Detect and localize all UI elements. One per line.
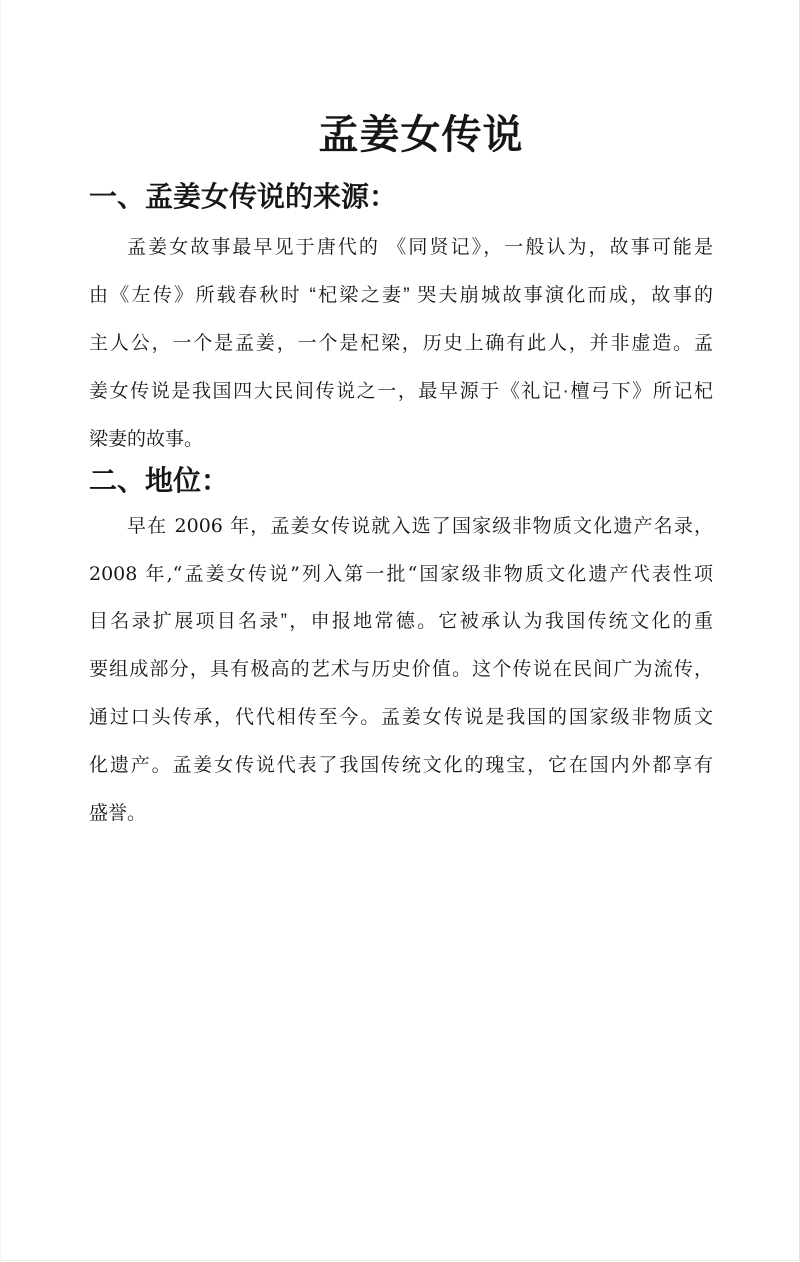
paragraph-line: 目名录扩展项目名录”，申报地常德。它被承认为我国传统文化的重 [89,598,713,646]
paragraph-line: 由《左传》所载春秋时 “杞梁之妻” 哭夫崩城故事演化而成，故事的 [89,272,713,320]
paragraph-line: 盛誉。 [89,790,713,838]
section-1-heading: 一、孟姜女传说的来源： [89,180,713,214]
serif-text-run: 2008 年,“孟姜女传说”列入第一批“ [89,563,417,585]
serif-text-run: 早在 2006 年，孟姜女传说就 [127,515,391,537]
paragraph-line: 孟姜女故事最早见于唐代的 《同贤记》，一般认为，故事可能是 [89,224,713,272]
paragraph-line: 梁妻的故事。 [89,416,713,464]
paragraph-line: 早在 2006 年，孟姜女传说就入选了国家级非物质文化遗产名录， [89,502,713,550]
paragraph-line: 要组成部分，具有极高的艺术与历史价值。这个传说在民间广为流传， [89,646,713,694]
sans-text-run: 国家级非物质文化遗产代表性项 [417,564,713,585]
section-2-heading: 二、地位： [89,464,713,498]
section-2-paragraph: 早在 2006 年，孟姜女传说就入选了国家级非物质文化遗产名录， 2008 年,… [89,502,713,838]
paragraph-line: 化遗产。孟姜女传说代表了我国传统文化的瑰宝，它在国内外都享有 [89,742,713,790]
document-title: 孟姜女传说 [109,112,733,158]
paragraph-line: 主人公，一个是孟姜，一个是杞梁，历史上确有此人，并非虚造。孟 [89,320,713,368]
section-1-paragraph: 孟姜女故事最早见于唐代的 《同贤记》，一般认为，故事可能是 由《左传》所载春秋时… [89,224,713,464]
paragraph-line: 通过口头传承，代代相传至今。孟姜女传说是我国的国家级非物质文 [89,694,713,742]
paragraph-line: 姜女传说是我国四大民间传说之一，最早源于《礼记·檀弓下》所记杞 [89,368,713,416]
document-page: 孟姜女传说 一、孟姜女传说的来源： 孟姜女故事最早见于唐代的 《同贤记》，一般认… [0,0,800,1261]
sans-text-run: 入选了国家级非物质文化遗产名录， [391,516,713,537]
paragraph-line: 2008 年,“孟姜女传说”列入第一批“国家级非物质文化遗产代表性项 [89,550,713,598]
document-content: 孟姜女传说 一、孟姜女传说的来源： 孟姜女故事最早见于唐代的 《同贤记》，一般认… [1,112,799,838]
